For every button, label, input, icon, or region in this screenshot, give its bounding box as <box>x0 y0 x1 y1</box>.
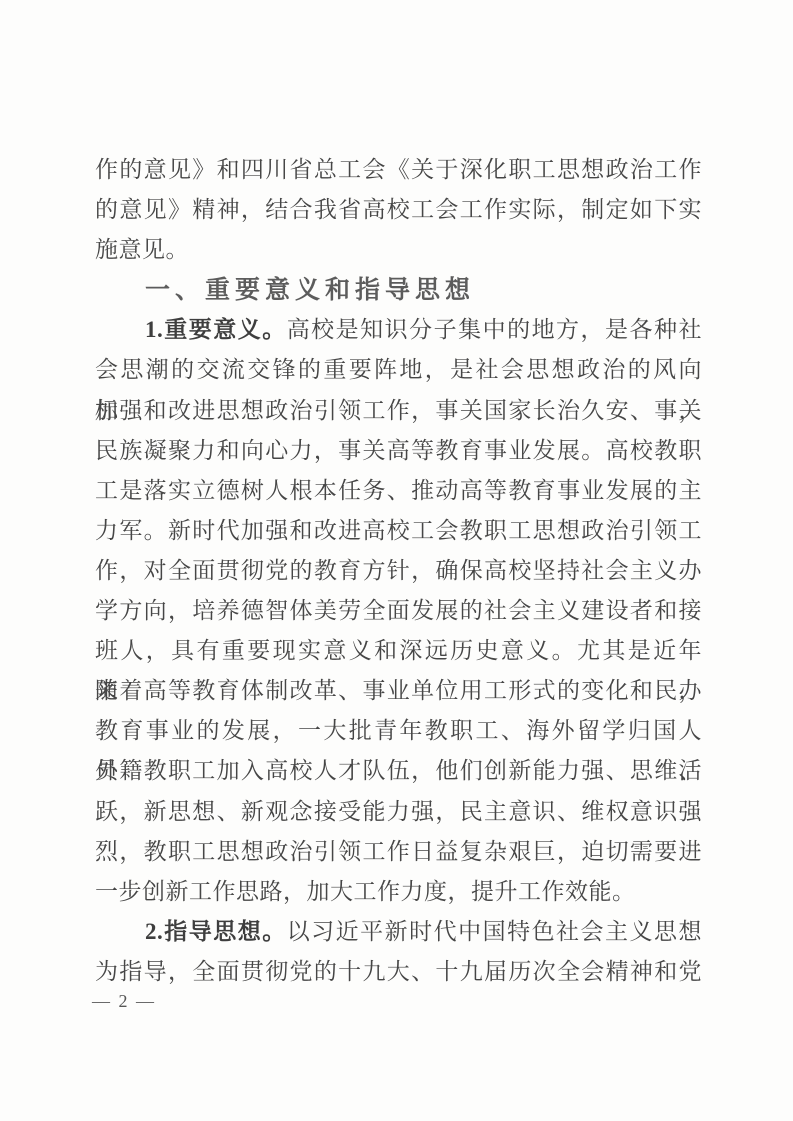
text-line: 作，对全面贯彻党的教育方针，确保高校坚持社会主义办 <box>95 551 702 591</box>
section-heading: 一、重要意义和指导思想 <box>95 270 702 310</box>
text-line: 跃，新思想、新观念接受能力强，民主意识、维权意识强 <box>95 792 702 832</box>
text-segment: 作，对全面贯彻党的教育方针，确保高校坚持社会主义办 <box>95 558 702 583</box>
page-number: — 2 — <box>92 990 156 1012</box>
document-page: 作的意见》和四川省总工会《关于深化职工思想政治工作的意见》精神，结合我省高校工会… <box>0 0 793 1121</box>
text-segment: 高校是知识分子集中的地方，是各种社 <box>287 317 702 342</box>
text-line: 作的意见》和四川省总工会《关于深化职工思想政治工作 <box>95 150 702 190</box>
text-line: 会思潮的交流交锋的重要阵地，是社会思想政治的风向标， <box>95 350 702 390</box>
text-segment: 工是落实立德树人根本任务、推动高等教育事业发展的主 <box>95 478 702 503</box>
text-segment: 以习近平新时代中国特色社会主义思想 <box>287 919 702 944</box>
text-line: 民族凝聚力和向心力，事关高等教育事业发展。高校教职 <box>95 431 702 471</box>
text-segment: 学方向，培养德智体美劳全面发展的社会主义建设者和接 <box>95 598 702 623</box>
text-segment: 的意见》精神，结合我省高校工会工作实际，制定如下实 <box>95 197 702 222</box>
text-segment: 作的意见》和四川省总工会《关于深化职工思想政治工作 <box>95 157 702 182</box>
text-line: 工是落实立德树人根本任务、推动高等教育事业发展的主 <box>95 471 702 511</box>
text-line: 班人，具有重要现实意义和深远历史意义。尤其是近年来， <box>95 631 702 671</box>
text-line: 加强和改进思想政治引领工作，事关国家长治久安、事关 <box>95 391 702 431</box>
text-line: 的意见》精神，结合我省高校工会工作实际，制定如下实 <box>95 190 702 230</box>
text-line: 力军。新时代加强和改进高校工会教职工思想政治引领工 <box>95 511 702 551</box>
text-line: 烈，教职工思想政治引领工作日益复杂艰巨，迫切需要进 <box>95 832 702 872</box>
document-body: 作的意见》和四川省总工会《关于深化职工思想政治工作的意见》精神，结合我省高校工会… <box>95 150 702 992</box>
text-line: 外籍教职工加入高校人才队伍，他们创新能力强、思维活 <box>95 751 702 791</box>
text-line: 施意见。 <box>95 230 702 270</box>
text-line: 学方向，培养德智体美劳全面发展的社会主义建设者和接 <box>95 591 702 631</box>
text-segment: 一步创新工作思路，加大工作力度，提升工作效能。 <box>95 879 636 904</box>
text-line: 1.重要意义。高校是知识分子集中的地方，是各种社 <box>95 310 702 350</box>
bold-lead-in: 2.指导思想。 <box>145 919 287 944</box>
text-line: 一步创新工作思路，加大工作力度，提升工作效能。 <box>95 872 702 912</box>
text-segment: 加强和改进思想政治引领工作，事关国家长治久安、事关 <box>95 398 702 423</box>
text-segment: 一、重要意义和指导思想 <box>145 276 475 304</box>
text-segment: 跃，新思想、新观念接受能力强，民主意识、维权意识强 <box>95 799 702 824</box>
text-segment: 外籍教职工加入高校人才队伍，他们创新能力强、思维活 <box>95 758 702 783</box>
text-line: 为指导，全面贯彻党的十九大、十九届历次全会精神和党 <box>95 952 702 992</box>
text-line: 2.指导思想。以习近平新时代中国特色社会主义思想 <box>95 912 702 952</box>
text-segment: 为指导，全面贯彻党的十九大、十九届历次全会精神和党 <box>95 959 702 984</box>
text-line: 随着高等教育体制改革、事业单位用工形式的变化和民办 <box>95 671 702 711</box>
text-segment: 力军。新时代加强和改进高校工会教职工思想政治引领工 <box>95 518 702 543</box>
bold-lead-in: 1.重要意义。 <box>145 317 287 342</box>
text-segment: 烈，教职工思想政治引领工作日益复杂艰巨，迫切需要进 <box>95 839 702 864</box>
text-segment: 民族凝聚力和向心力，事关高等教育事业发展。高校教职 <box>95 438 702 463</box>
text-line: 教育事业的发展，一大批青年教职工、海外留学归国人员、 <box>95 711 702 751</box>
text-segment: 随着高等教育体制改革、事业单位用工形式的变化和民办 <box>95 678 702 703</box>
text-segment: 施意见。 <box>95 237 189 262</box>
